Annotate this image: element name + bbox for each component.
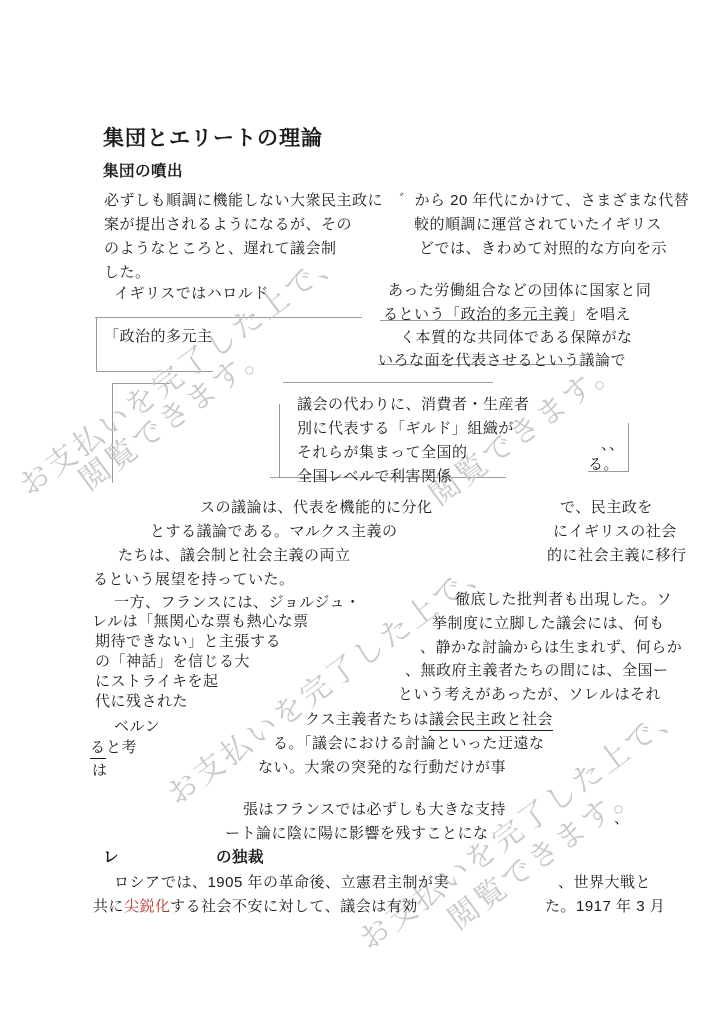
text-fragment: 議会民主政と社会	[429, 711, 553, 731]
text-fragment: は	[92, 762, 108, 780]
document-page: お支払いを完了した上で、閲覧できます。閲覧できます。お支払いを完了した上で、お支…	[0, 0, 724, 1024]
text-fragment: 、	[614, 810, 630, 828]
text-fragment: とする議論である。マルクス主義の	[150, 523, 398, 541]
text-fragment: という考えがあったが、ソレルはそれ	[398, 686, 661, 704]
text-fragment: 案が提出されるようになるが、その	[104, 216, 352, 234]
text-fragment: にイギリスの社会	[553, 523, 677, 541]
rule-line	[279, 404, 280, 477]
text-fragment: どでは、きわめて対照的な方向を示	[419, 240, 667, 258]
text-fragment: 、世界大戦と	[558, 874, 651, 892]
text-fragment: レルは「無関心な票も熱心な票	[92, 613, 309, 631]
text-fragment: 一方、フランスには、ジョルジュ・	[114, 594, 361, 612]
section-heading: 集団の噴出	[103, 163, 183, 182]
text-fragment: 期待できない」と主張する	[95, 633, 281, 651]
text-fragment: 較的順調に運営されていたイギリス	[414, 216, 662, 234]
text-fragment: る。	[588, 456, 619, 474]
text-fragment: で、民主政を	[560, 499, 653, 517]
rule-line	[95, 317, 362, 318]
text-fragment: 挙制度に立脚した議会には、何も	[432, 615, 665, 633]
rule-line	[112, 383, 170, 384]
text-fragment: イギリスではハロルド	[114, 285, 269, 303]
text-fragment: く本質的な共同体である保障がな	[400, 329, 633, 347]
page-title: 集団とエリートの理論	[103, 126, 323, 151]
rule-line	[96, 317, 97, 372]
section-heading: の独裁	[216, 849, 264, 868]
text-fragment: ロシアでは、1905 年の革命後、立憲君主制が実	[114, 874, 449, 892]
text-fragment: のようなところと、遅れて議会制	[104, 240, 337, 258]
text-fragment: 別に代表する「ギルド」組織が	[297, 420, 514, 438]
text-fragment: する社会不安に対して、議会は有効	[170, 898, 418, 916]
text-fragment: 共に	[93, 898, 124, 916]
text-fragment: 、静かな討論からは生まれず、何らか	[420, 639, 682, 657]
text-fragment: ゛から 20 年代にかけて、さまざまな代替	[399, 192, 689, 210]
text-fragment: ベルン	[114, 718, 160, 736]
text-fragment: クス主義者たちは	[305, 711, 429, 729]
text-fragment: スの議論は、代表を機能的に分化	[200, 499, 433, 517]
text-fragment: るという展望を持っていた。	[93, 571, 295, 589]
text-fragment: 代に残された	[95, 693, 188, 711]
rule-line	[96, 371, 213, 372]
text-fragment: 、、	[601, 436, 625, 454]
text-fragment: る	[90, 739, 106, 759]
text-fragment: 的に社会主義に移行	[547, 547, 687, 565]
text-fragment: 、無政府主義者たちの間には、全国ー	[405, 662, 669, 680]
section-heading: レ	[103, 849, 119, 868]
text-fragment: る。「議会における討論といった迂遠な	[273, 735, 545, 753]
text-fragment: 徹底した批判者も出現した。ソ	[455, 591, 672, 609]
text-fragment: 「政治的多元主	[104, 328, 213, 346]
red-emphasis-text: 尖鋭化	[124, 898, 171, 916]
text-fragment: 張はフランスでは必ずしも大きな支持	[243, 801, 506, 819]
text-fragment: 全国レベルで利害関係	[297, 468, 452, 486]
text-fragment: た。1917 年 3 月	[545, 898, 665, 916]
text-fragment: それらが集まって全国的	[297, 444, 468, 462]
text-fragment: 議会の代わりに、消費者・生産者	[297, 396, 530, 414]
rule-line	[628, 423, 629, 472]
payment-watermark-text: 閲覧できます。	[68, 327, 278, 498]
rule-line	[283, 382, 493, 383]
text-fragment: ない。大衆の突発的な行動だけが事	[258, 759, 506, 777]
text-fragment: ート論に陰に陽に影響を残すことにな	[225, 825, 489, 843]
text-fragment: した。	[104, 264, 151, 282]
rule-line	[112, 383, 113, 483]
text-fragment: の「神話」を信じる大	[95, 653, 250, 671]
text-fragment: るという「政治的多元主義」を唱え	[383, 306, 631, 324]
payment-watermark-text: お支払いを完了した上で、	[8, 234, 352, 505]
text-fragment: にストライキを起	[95, 673, 219, 691]
text-fragment: たちは、議会制と社会主義の両立	[118, 547, 351, 565]
text-fragment: いろな面を代表させるという議論で	[378, 352, 626, 370]
text-fragment: と考	[106, 739, 137, 757]
text-fragment: あった労働組合などの団体に国家と同	[388, 282, 651, 300]
text-fragment: 必ずしも順調に機能しない大衆民主政に	[104, 192, 383, 210]
